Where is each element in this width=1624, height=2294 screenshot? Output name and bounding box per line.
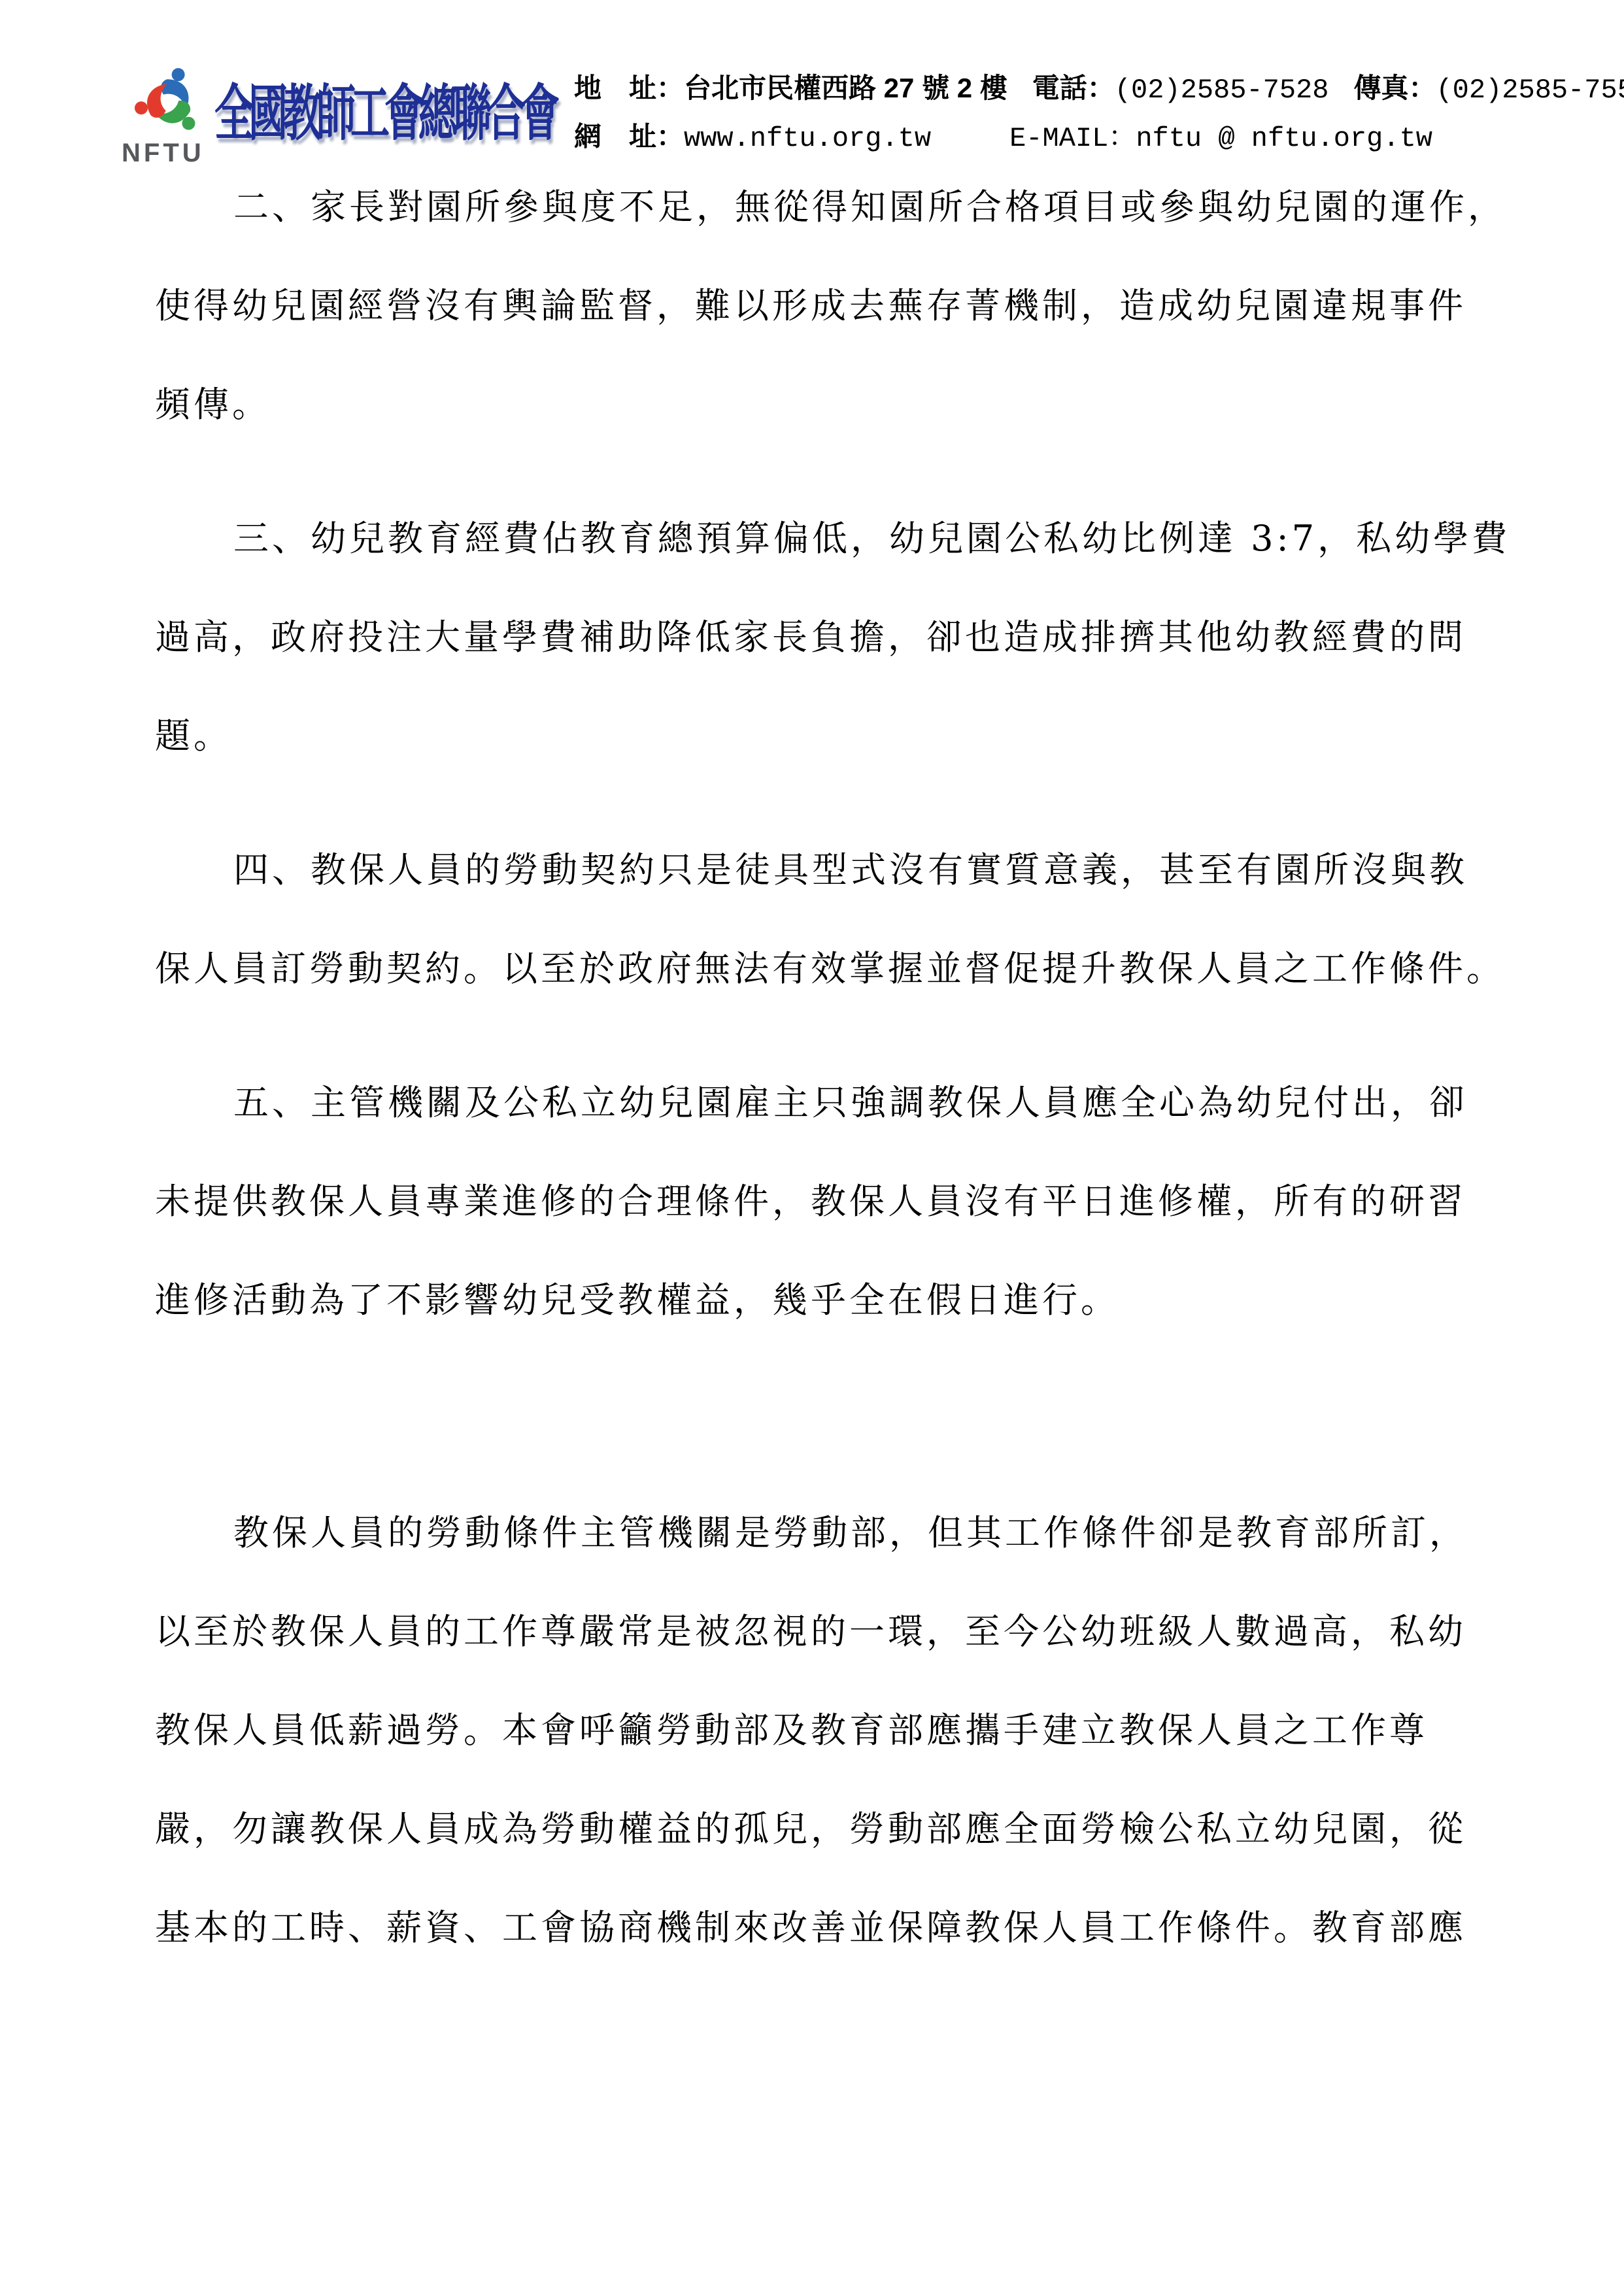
paragraph-closing: 教保人員的勞動條件主管機關是勞動部，但其工作條件卻是教育部所訂， 以至於教保人員…	[155, 1483, 1469, 1977]
website-value: www.nftu.org.tw	[684, 123, 931, 154]
address-value: 台北市民權西路 27 號 2 樓	[684, 73, 1007, 103]
contact-info: 地 址：台北市民權西路 27 號 2 樓電話：(02)2585-7528傳真：(…	[574, 72, 1574, 169]
letterhead: NFTU 全國教師工會總聯合會 地 址：台北市民權西路 27 號 2 樓電話：(…	[0, 0, 1624, 177]
email-label: E-MAIL：	[1009, 123, 1136, 154]
text-line: 三、幼兒教育經費佔教育總預算偏低，幼兒園公私幼比例達 3:7，私幼學費	[155, 489, 1469, 588]
text-line: 基本的工時、薪資、工會協商機制來改善並保障教保人員工作條件。教育部應	[155, 1878, 1469, 1977]
address-label: 地 址：	[574, 73, 684, 103]
text-line: 保人員訂勞動契約。以至於政府無法有效掌握並督促提升教保人員之工作條件。	[155, 919, 1469, 1018]
text-line: 未提供教保人員專業進修的合理條件，教保人員沒有平日進修權，所有的研習	[155, 1152, 1469, 1251]
nftu-logo-icon	[120, 56, 219, 143]
paragraph-5: 五、主管機關及公私立幼兒園雇主只強調教保人員應全心為幼兒付出，卻 未提供教保人員…	[155, 1053, 1469, 1349]
paragraph-4: 四、教保人員的勞動契約只是徒具型式沒有實質意義，甚至有園所沒與教 保人員訂勞動契…	[155, 820, 1469, 1018]
text-line: 進修活動為了不影響幼兒受教權益，幾乎全在假日進行。	[155, 1251, 1469, 1349]
document-page: NFTU 全國教師工會總聯合會 地 址：台北市民權西路 27 號 2 樓電話：(…	[0, 0, 1624, 2294]
text-line: 五、主管機關及公私立幼兒園雇主只強調教保人員應全心為幼兒付出，卻	[155, 1053, 1469, 1152]
document-body: 二、家長對園所參與度不足，無從得知園所合格項目或參與幼兒園的運作， 使得幼兒園經…	[155, 158, 1469, 2012]
text-line: 教保人員的勞動條件主管機關是勞動部，但其工作條件卻是教育部所訂，	[155, 1483, 1469, 1582]
website-label: 網 址：	[574, 121, 684, 152]
text-line: 頻傳。	[155, 355, 1469, 454]
paragraph-2: 二、家長對園所參與度不足，無從得知園所合格項目或參與幼兒園的運作， 使得幼兒園經…	[155, 158, 1469, 454]
text-line: 過高，政府投注大量學費補助降低家長負擔，卻也造成排擠其他幼教經費的問	[155, 588, 1469, 686]
text-line: 教保人員低薪過勞。本會呼籲勞動部及教育部應攜手建立教保人員之工作尊	[155, 1681, 1469, 1780]
paragraph-3: 三、幼兒教育經費佔教育總預算偏低，幼兒園公私幼比例達 3:7，私幼學費 過高，政…	[155, 489, 1469, 785]
text-line: 使得幼兒園經營沒有輿論監督，難以形成去蕪存菁機制，造成幼兒園違規事件	[155, 256, 1469, 355]
triskelion-figures-icon	[120, 56, 219, 143]
text-line: 嚴，勿讓教保人員成為勞動權益的孤兒，勞動部應全面勞檢公私立幼兒園，從	[155, 1780, 1469, 1878]
text-line: 以至於教保人員的工作尊嚴常是被忽視的一環，至今公幼班級人數過高，私幼	[155, 1582, 1469, 1681]
organization-name-calligraphy: 全國教師工會總聯合會	[214, 65, 554, 152]
fax-label: 傳真：	[1353, 73, 1436, 103]
text-line: 二、家長對園所參與度不足，無從得知園所合格項目或參與幼兒園的運作，	[155, 158, 1469, 256]
phone-value: (02)2585-7528	[1115, 75, 1329, 106]
phone-label: 電話：	[1032, 73, 1115, 103]
contact-row-web-email: 網 址：www.nftu.org.twE-MAIL：nftu @ nftu.or…	[574, 120, 1574, 155]
contact-row-address-phone: 地 址：台北市民權西路 27 號 2 樓電話：(02)2585-7528傳真：(…	[574, 72, 1574, 107]
text-line: 題。	[155, 686, 1469, 785]
fax-value: (02)2585-7559	[1436, 75, 1624, 106]
email-value: nftu @ nftu.org.tw	[1136, 123, 1432, 154]
text-line: 四、教保人員的勞動契約只是徒具型式沒有實質意義，甚至有園所沒與教	[155, 820, 1469, 919]
